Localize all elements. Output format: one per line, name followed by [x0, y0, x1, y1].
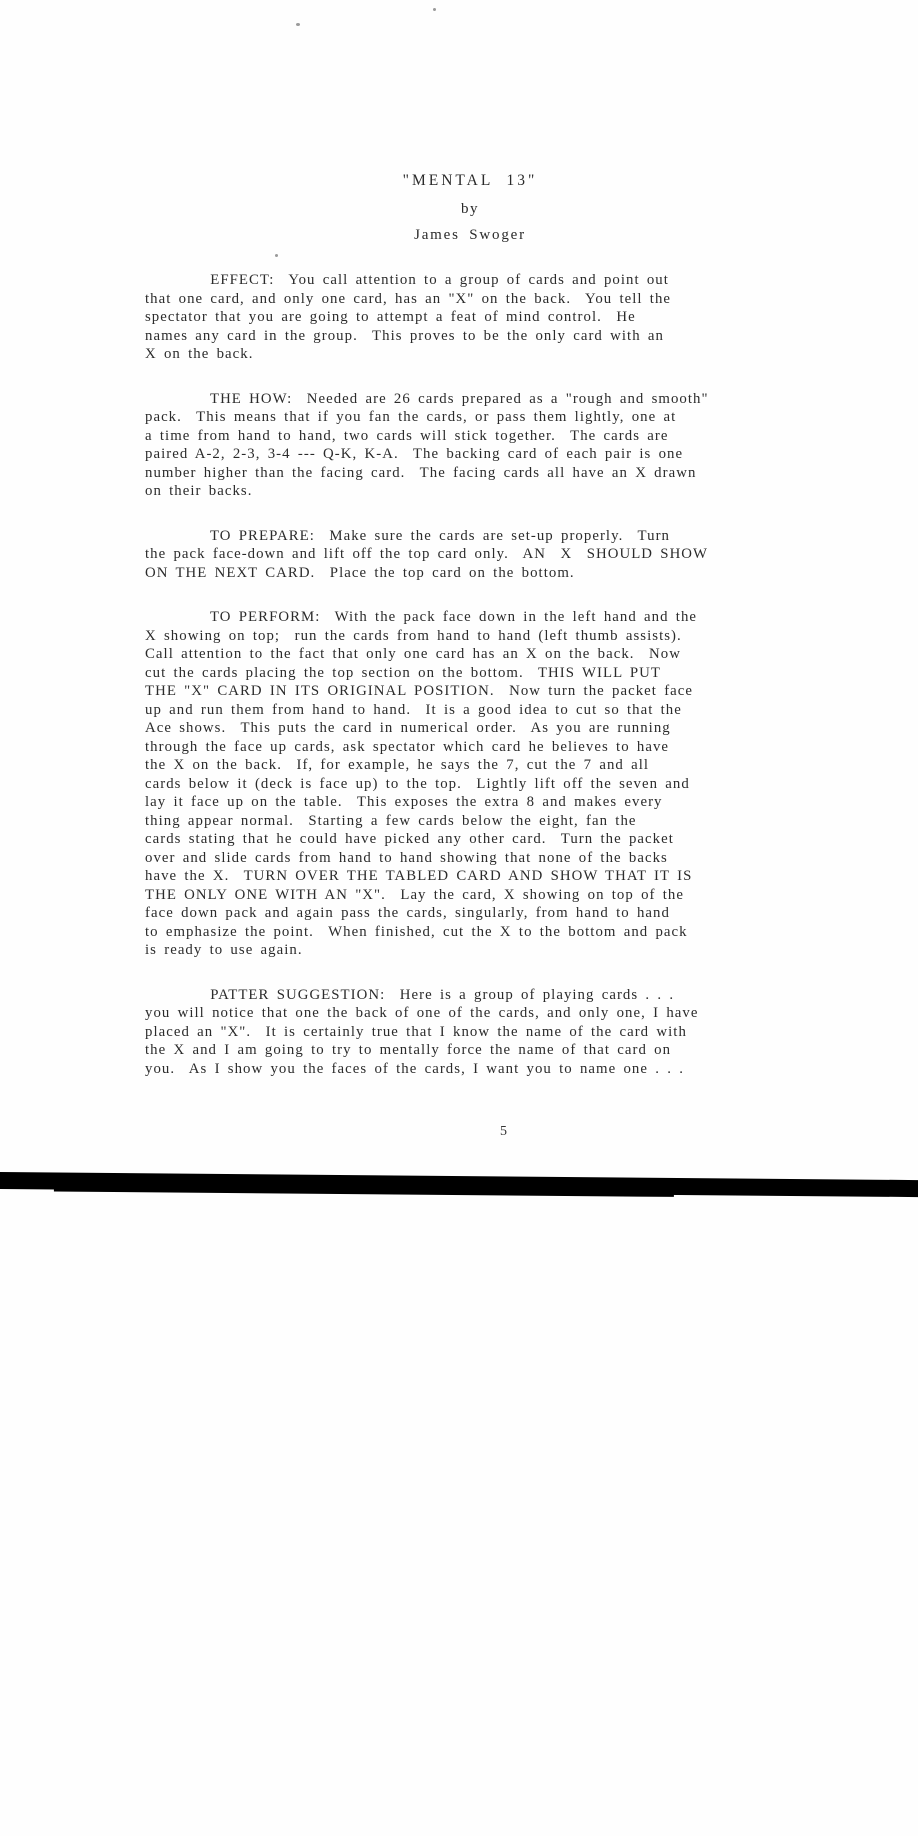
byline: by — [145, 201, 795, 218]
scan-speck — [433, 8, 436, 11]
paragraph-to-perform: TO PERFORM: With the pack face down in t… — [145, 608, 795, 960]
paragraph-patter-suggestion: PATTER SUGGESTION: Here is a group of pl… — [145, 986, 795, 1079]
page-title: "MENTAL 13" — [145, 172, 795, 190]
page-number: 5 — [500, 1124, 507, 1140]
document-body: "MENTAL 13" by James Swoger EFFECT: You … — [145, 172, 795, 1078]
author-name: James Swoger — [145, 227, 795, 244]
scanned-document-page: "MENTAL 13" by James Swoger EFFECT: You … — [0, 0, 918, 1836]
scan-speck — [296, 23, 300, 26]
scan-artifact-bar — [0, 1172, 918, 1197]
paragraph-to-prepare: TO PREPARE: Make sure the cards are set-… — [145, 527, 795, 583]
paragraph-effect: EFFECT: You call attention to a group of… — [145, 271, 795, 364]
paragraph-the-how: THE HOW: Needed are 26 cards prepared as… — [145, 390, 795, 501]
